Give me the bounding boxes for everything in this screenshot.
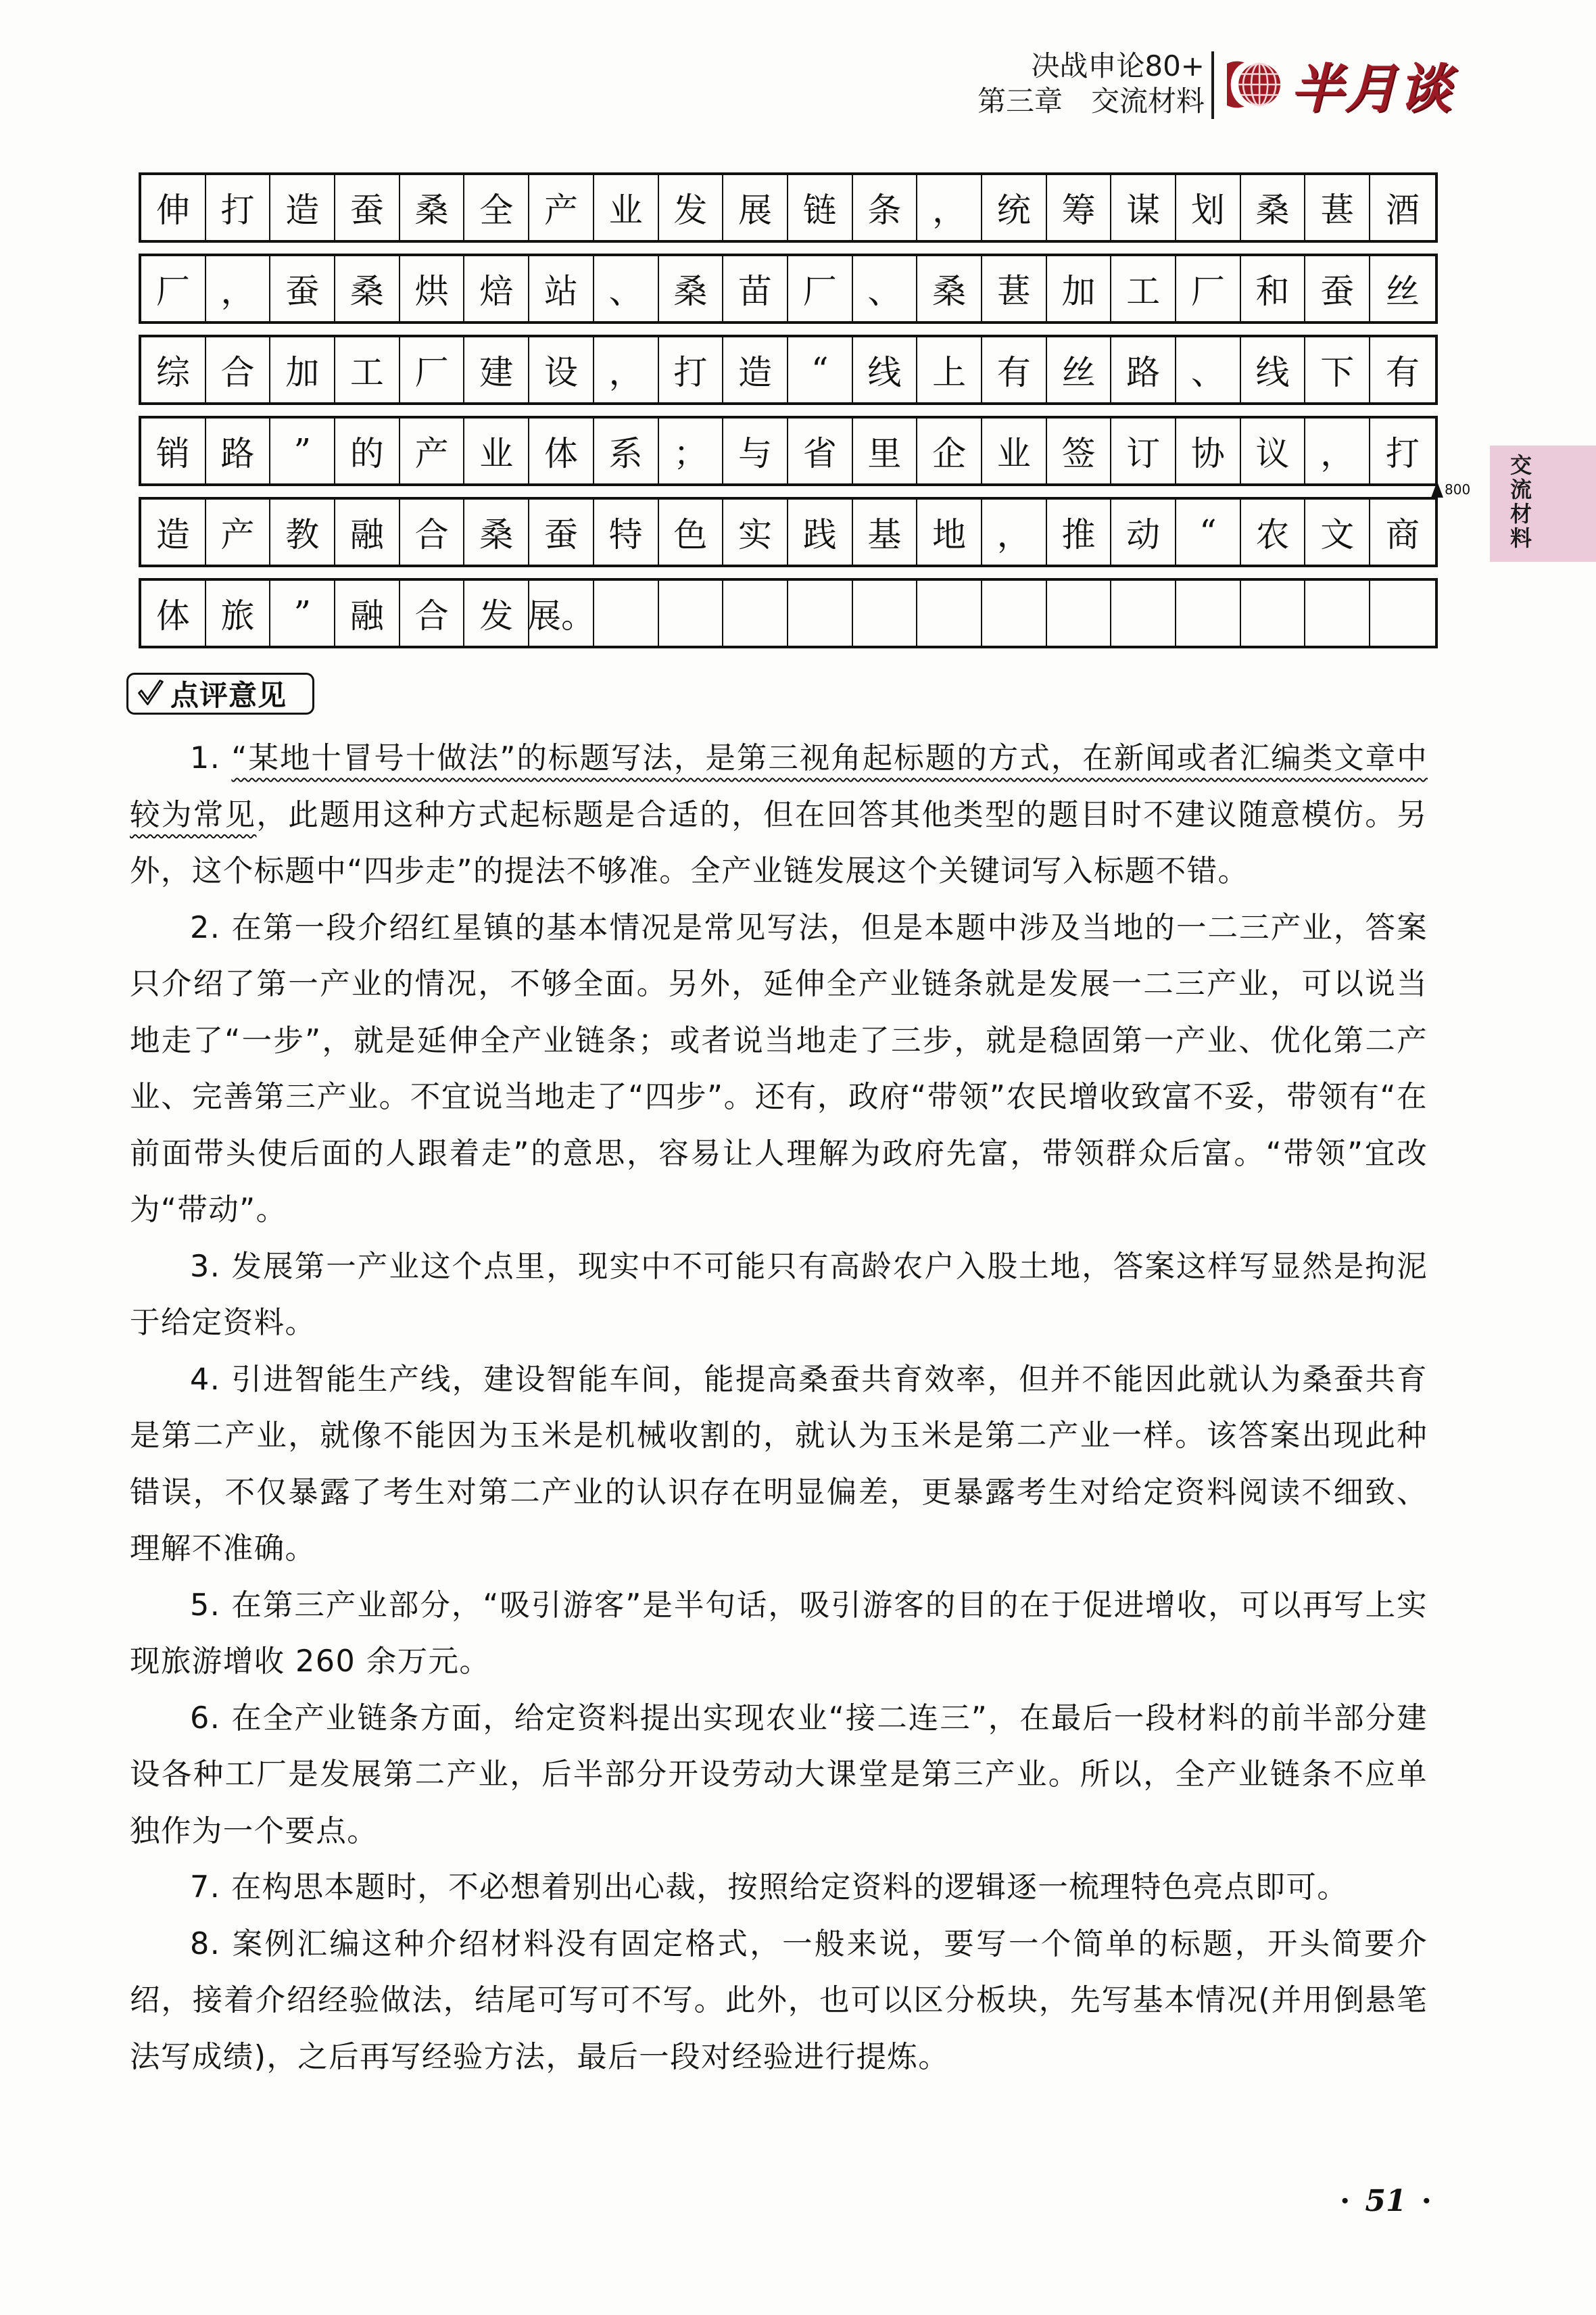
grid-cell: 实 <box>723 500 788 565</box>
grid-cell: 产 <box>400 419 465 483</box>
grid-cell: 展 <box>723 175 788 240</box>
grid-row: 体旅”融合发展。 <box>139 578 1438 648</box>
grid-cell: 签 <box>1047 419 1112 483</box>
grid-cell: 桑 <box>400 175 465 240</box>
grid-cell: 丝 <box>1047 337 1112 402</box>
grid-cell: 路 <box>1111 337 1176 402</box>
grid-cell: 全 <box>464 175 529 240</box>
grid-cell: 体 <box>141 581 206 646</box>
grid-cell: 动 <box>1111 500 1176 565</box>
grid-cell: 线 <box>853 337 918 402</box>
grid-cell: 综 <box>141 337 206 402</box>
grid-cell: 系 <box>594 419 659 483</box>
grid-cell: 的 <box>335 419 400 483</box>
grid-cell: 、 <box>853 256 918 321</box>
grid-cell: 产 <box>206 500 271 565</box>
brand-name: 半月谈 <box>1290 47 1453 122</box>
side-tab-label: 交流材料 <box>1509 454 1530 551</box>
grid-cell <box>1370 581 1435 646</box>
grid-cell: 加 <box>1047 256 1112 321</box>
grid-cell: “ <box>788 337 853 402</box>
grid-cell: 蚕 <box>335 175 400 240</box>
grid-cell <box>1176 581 1241 646</box>
grid-cell: 造 <box>141 500 206 565</box>
grid-cell <box>723 581 788 646</box>
grid-cell: 合 <box>400 581 465 646</box>
grid-cell: 商 <box>1370 500 1435 565</box>
grid-cell: 路 <box>206 419 271 483</box>
grid-cell <box>594 581 659 646</box>
globe-icon <box>1227 55 1285 114</box>
grid-row: 伸打造蚕桑全产业发展链条，统筹谋划桑葚酒 <box>139 172 1438 243</box>
grid-cell: 发 <box>659 175 724 240</box>
grid-cell <box>1047 581 1112 646</box>
grid-cell: 谋 <box>1111 175 1176 240</box>
grid-cell: 打 <box>659 337 724 402</box>
grid-cell: 工 <box>1111 256 1176 321</box>
grid-cell: 产 <box>529 175 594 240</box>
grid-cell: 桑 <box>1241 175 1306 240</box>
header-divider <box>1211 51 1214 119</box>
grid-cell: 厂 <box>400 337 465 402</box>
grid-cell: 焙 <box>464 256 529 321</box>
grid-cell: 色 <box>659 500 724 565</box>
grid-cell: 造 <box>723 337 788 402</box>
grid-cell: 蚕 <box>1305 256 1370 321</box>
grid-cell <box>1111 581 1176 646</box>
grid-cell: 桑 <box>335 256 400 321</box>
grid-cell: 融 <box>335 581 400 646</box>
grid-cell: 伸 <box>141 175 206 240</box>
grid-cell: 打 <box>1370 419 1435 483</box>
grid-cell: 和 <box>1241 256 1306 321</box>
grid-cell: ， <box>594 337 659 402</box>
grid-cell <box>853 581 918 646</box>
grid-cell: 桑 <box>659 256 724 321</box>
grid-cell: ” <box>270 581 335 646</box>
grid-cell: 条 <box>853 175 918 240</box>
grid-cell: 体 <box>529 419 594 483</box>
grid-cell: 统 <box>982 175 1047 240</box>
grid-cell: 设 <box>529 337 594 402</box>
grid-cell: 造 <box>270 175 335 240</box>
grid-cell: 葚 <box>982 256 1047 321</box>
grid-cell: 烘 <box>400 256 465 321</box>
grid-cell: 特 <box>594 500 659 565</box>
grid-cell: 地 <box>917 500 982 565</box>
side-tab: 交流材料 <box>1490 446 1596 562</box>
grid-cell <box>659 581 724 646</box>
grid-cell: 销 <box>141 419 206 483</box>
grid-cell <box>788 581 853 646</box>
grid-cell: 蚕 <box>270 256 335 321</box>
triangle-icon <box>1431 481 1443 498</box>
grid-cell: 践 <box>788 500 853 565</box>
grid-cell: 有 <box>1370 337 1435 402</box>
grid-cell: 加 <box>270 337 335 402</box>
grid-cell: 里 <box>853 419 918 483</box>
brand-logo: 半月谈 <box>1227 54 1453 115</box>
grid-cell: 与 <box>723 419 788 483</box>
grid-cell: 链 <box>788 175 853 240</box>
review-paragraph-3: 3. 发展第一产业这个点里，现实中不可能只有高龄农户入股土地，答案这样写显然是拘… <box>130 1239 1428 1352</box>
grid-cell: 文 <box>1305 500 1370 565</box>
grid-cell: ” <box>270 419 335 483</box>
grid-cell: 建 <box>464 337 529 402</box>
grid-row: 造产教融合桑蚕特色实践基地，推动“农文商 <box>139 497 1438 567</box>
grid-cell: 融 <box>335 500 400 565</box>
grid-cell: 厂 <box>141 256 206 321</box>
grid-cell: 酒 <box>1370 175 1435 240</box>
grid-cell <box>1305 581 1370 646</box>
page-number: ·51· <box>1325 2184 1447 2218</box>
grid-cell: 基 <box>853 500 918 565</box>
review-title: 点评意见 <box>170 673 287 714</box>
grid-cell: 旅 <box>206 581 271 646</box>
grid-cell <box>1241 581 1306 646</box>
grid-cell: 业 <box>982 419 1047 483</box>
grid-cell: 厂 <box>788 256 853 321</box>
check-icon <box>135 678 166 709</box>
review-content: 1. “某地十冒号十做法”的标题写法，是第三视角起标题的方式，在新闻或者汇编类文… <box>130 730 1428 2085</box>
grid-cell: 推 <box>1047 500 1112 565</box>
grid-cell: 线 <box>1241 337 1306 402</box>
grid-cell: 下 <box>1305 337 1370 402</box>
word-count-marker: 800 <box>1431 481 1470 498</box>
review-paragraph-5: 5. 在第三产业部分，“吸引游客”是半句话，吸引游客的目的在于促进增收，可以再写… <box>130 1577 1428 1690</box>
grid-cell: 工 <box>335 337 400 402</box>
review-paragraph-7: 7. 在构思本题时，不必想着别出心裁，按照给定资料的逻辑逐一梳理特色亮点即可。 <box>130 1859 1428 1916</box>
grid-cell: ， <box>917 175 982 240</box>
grid-cell: 发 <box>464 581 529 646</box>
grid-cell: 、 <box>594 256 659 321</box>
grid-cell: 企 <box>917 419 982 483</box>
grid-cell <box>982 581 1047 646</box>
grid-cell: 厂 <box>1176 256 1241 321</box>
book-title: 决战申论80+ <box>906 49 1205 84</box>
review-paragraph-6: 6. 在全产业链条方面，给定资料提出实现农业“接二连三”，在最后一段材料的前半部… <box>130 1690 1428 1860</box>
grid-cell: 合 <box>400 500 465 565</box>
grid-cell: 业 <box>594 175 659 240</box>
grid-cell: 桑 <box>464 500 529 565</box>
review-paragraph-4: 4. 引进智能生产线，建设智能车间，能提高桑蚕共育效率，但并不能因此就认为桑蚕共… <box>130 1352 1428 1577</box>
grid-cell: 桑 <box>917 256 982 321</box>
grid-cell: 农 <box>1241 500 1306 565</box>
grid-cell: 丝 <box>1370 256 1435 321</box>
grid-cell: 省 <box>788 419 853 483</box>
grid-cell: 教 <box>270 500 335 565</box>
grid-cell: 站 <box>529 256 594 321</box>
grid-cell: 协 <box>1176 419 1241 483</box>
grid-cell: 苗 <box>723 256 788 321</box>
grid-row: 销路”的产业体系；与省里企业签订协议，打 <box>139 416 1438 486</box>
grid-cell: 议 <box>1241 419 1306 483</box>
grid-cell: 葚 <box>1305 175 1370 240</box>
grid-row: 厂，蚕桑烘焙站、桑苗厂、桑葚加工厂和蚕丝 <box>139 254 1438 324</box>
grid-cell: 蚕 <box>529 500 594 565</box>
review-paragraph-1: 1. “某地十冒号十做法”的标题写法，是第三视角起标题的方式，在新闻或者汇编类文… <box>130 730 1428 900</box>
grid-cell: 展。 <box>529 581 594 646</box>
grid-cell: 有 <box>982 337 1047 402</box>
running-header: 决战申论80+ 第三章 交流材料 <box>906 49 1205 119</box>
grid-cell: 划 <box>1176 175 1241 240</box>
grid-cell: 业 <box>464 419 529 483</box>
grid-cell: 筹 <box>1047 175 1112 240</box>
grid-cell: 订 <box>1111 419 1176 483</box>
grid-cell <box>917 581 982 646</box>
chapter-title: 第三章 交流材料 <box>906 84 1205 119</box>
grid-cell: ； <box>659 419 724 483</box>
grid-cell: ， <box>1305 419 1370 483</box>
grid-row: 综合加工厂建设，打造“线上有丝路、线下有 <box>139 335 1438 405</box>
review-section-label: 点评意见 <box>126 673 314 715</box>
grid-cell: 、 <box>1176 337 1241 402</box>
grid-cell: ， <box>982 500 1047 565</box>
review-paragraph-2: 2. 在第一段介绍红星镇的基本情况是常见写法，但是本题中涉及当地的一二三产业，答… <box>130 900 1428 1239</box>
grid-cell: 打 <box>206 175 271 240</box>
grid-cell: ， <box>206 256 271 321</box>
grid-cell: 合 <box>206 337 271 402</box>
grid-cell: 上 <box>917 337 982 402</box>
grid-cell: “ <box>1176 500 1241 565</box>
review-paragraph-8: 8. 案例汇编这种介绍材料没有固定格式，一般来说，要写一个简单的标题，开头简要介… <box>130 1916 1428 2086</box>
